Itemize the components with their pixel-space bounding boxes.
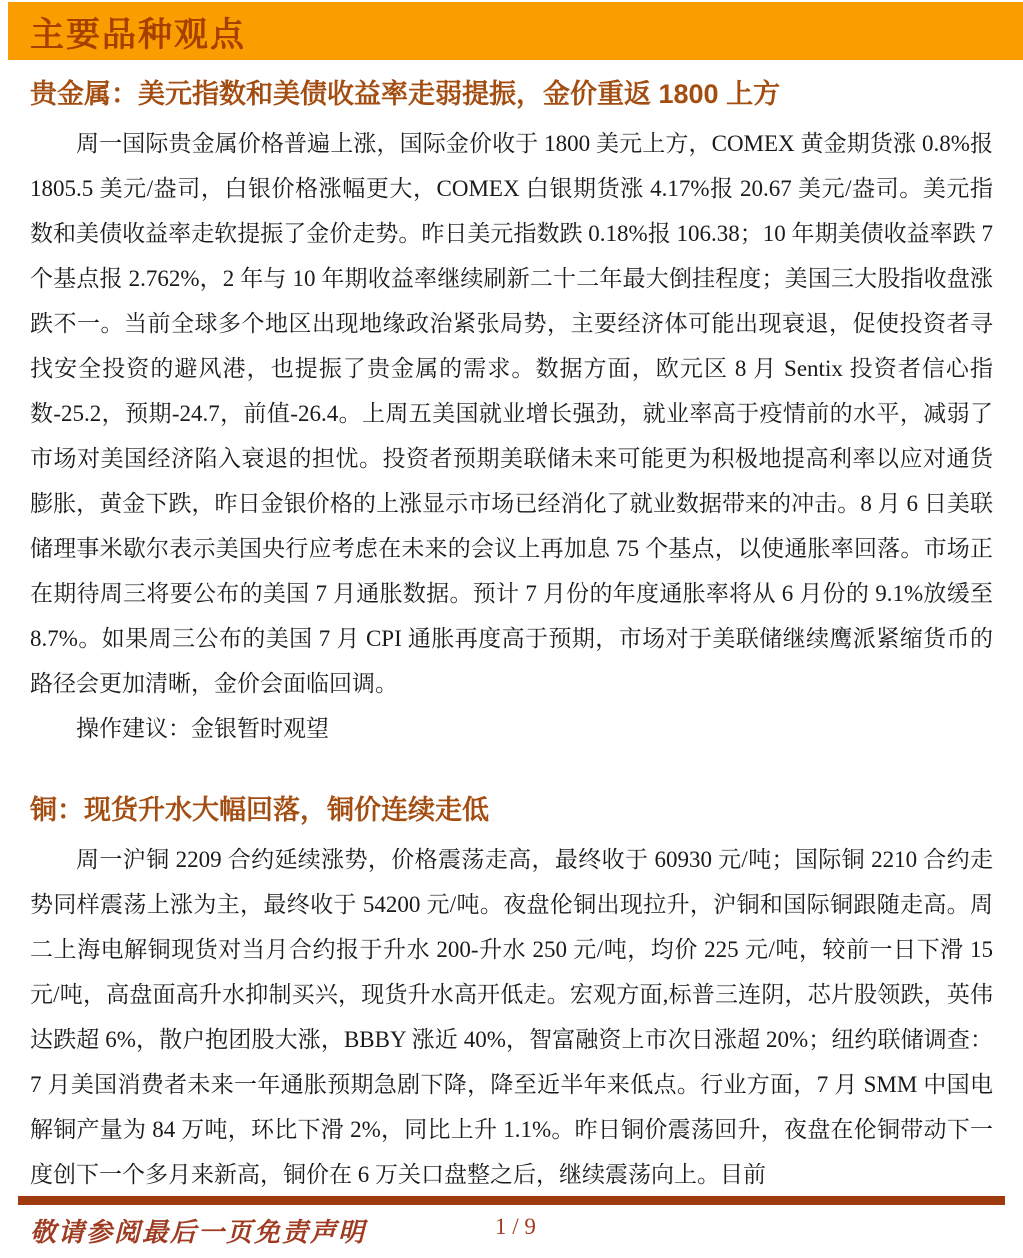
precious-metals-advice: 操作建议：金银暂时观望 [30,706,993,751]
precious-metals-heading: 贵金属：美元指数和美债收益率走弱提振，金价重返 1800 上方 [30,77,993,111]
section-copper: 铜：现货升水大幅回落，铜价连续走低 周一沪铜 2209 合约延续涨势，价格震荡走… [30,793,993,1197]
copper-heading: 铜：现货升水大幅回落，铜价连续走低 [30,793,993,827]
report-page: 主要品种观点 贵金属：美元指数和美债收益率走弱提振，金价重返 1800 上方 周… [0,0,1023,1258]
page-number: 1 / 9 [495,1214,536,1240]
page-footer: 敬请参阅最后一页免责声明 1 / 9 [0,1196,1023,1258]
report-body: 贵金属：美元指数和美债收益率走弱提振，金价重返 1800 上方 周一国际贵金属价… [30,60,993,1198]
footer-divider-rule [18,1196,1005,1205]
banner-title: 主要品种观点 [30,7,246,56]
footer-row: 敬请参阅最后一页免责声明 1 / 9 [30,1212,993,1248]
section-title-banner: 主要品种观点 [8,2,1023,60]
copper-paragraph: 周一沪铜 2209 合约延续涨势，价格震荡走高，最终收于 60930 元/吨；国… [30,837,993,1197]
section-precious-metals: 贵金属：美元指数和美债收益率走弱提振，金价重返 1800 上方 周一国际贵金属价… [30,77,993,751]
precious-metals-paragraph: 周一国际贵金属价格普遍上涨，国际金价收于 1800 美元上方，COMEX 黄金期… [30,121,993,706]
disclaimer-note: 敬请参阅最后一页免责声明 [30,1212,366,1249]
